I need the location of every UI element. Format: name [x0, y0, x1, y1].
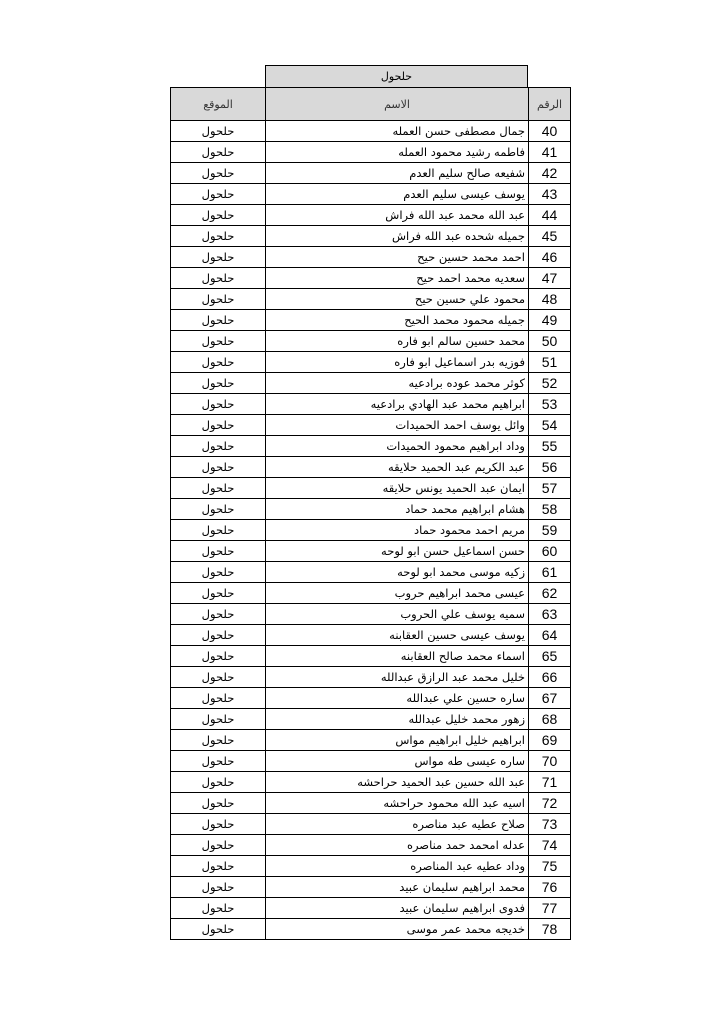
row-number-cell: 41 [529, 142, 571, 163]
row-site-cell: حلحول [171, 814, 266, 835]
row-name-cell: مريم احمد محمود حماد [266, 520, 529, 541]
column-header-site: الموقع [171, 88, 266, 121]
row-number-cell: 47 [529, 268, 571, 289]
table-body: حلحولجمال مصطفى حسن العمله40حلحولفاطمه ر… [171, 121, 571, 940]
row-number-cell: 58 [529, 499, 571, 520]
row-number-cell: 75 [529, 856, 571, 877]
row-number-cell: 42 [529, 163, 571, 184]
table-row: حلحولجميله شحده عبد الله فراش45 [171, 226, 571, 247]
row-name-cell: اسيه عبد الله محمود حراحشه [266, 793, 529, 814]
row-name-cell: جميله شحده عبد الله فراش [266, 226, 529, 247]
row-site-cell: حلحول [171, 709, 266, 730]
row-site-cell: حلحول [171, 268, 266, 289]
row-site-cell: حلحول [171, 772, 266, 793]
row-name-cell: شفيعه صالح سليم العدم [266, 163, 529, 184]
table-row: حلحولفاطمه رشيد محمود العمله41 [171, 142, 571, 163]
row-number-cell: 62 [529, 583, 571, 604]
row-number-cell: 70 [529, 751, 571, 772]
row-number-cell: 63 [529, 604, 571, 625]
row-site-cell: حلحول [171, 520, 266, 541]
table-row: حلحولمريم احمد محمود حماد59 [171, 520, 571, 541]
row-name-cell: اسماء محمد صالح العقابنه [266, 646, 529, 667]
row-site-cell: حلحول [171, 898, 266, 919]
table-header-row: الموقع الاسم الرقم [171, 88, 571, 121]
location-banner: حلحول [265, 65, 528, 87]
row-number-cell: 43 [529, 184, 571, 205]
row-number-cell: 56 [529, 457, 571, 478]
row-name-cell: محمد ابراهيم سليمان عبيد [266, 877, 529, 898]
row-number-cell: 71 [529, 772, 571, 793]
table-row: حلحولمحمد حسين سالم ابو فاره50 [171, 331, 571, 352]
row-number-cell: 72 [529, 793, 571, 814]
row-site-cell: حلحول [171, 394, 266, 415]
row-site-cell: حلحول [171, 331, 266, 352]
row-number-cell: 78 [529, 919, 571, 940]
row-number-cell: 66 [529, 667, 571, 688]
row-name-cell: وداد ابراهيم محمود الحميدات [266, 436, 529, 457]
row-site-cell: حلحول [171, 457, 266, 478]
row-name-cell: زهور محمد خليل عبدالله [266, 709, 529, 730]
row-site-cell: حلحول [171, 184, 266, 205]
row-number-cell: 45 [529, 226, 571, 247]
row-site-cell: حلحول [171, 205, 266, 226]
row-name-cell: خليل محمد عبد الرازق عبدالله [266, 667, 529, 688]
row-number-cell: 77 [529, 898, 571, 919]
row-site-cell: حلحول [171, 289, 266, 310]
row-name-cell: عدله امحمد حمد مناصره [266, 835, 529, 856]
table-row: حلحولعبد الله محمد عبد الله فراش44 [171, 205, 571, 226]
row-name-cell: يوسف عيسى سليم العدم [266, 184, 529, 205]
row-name-cell: جمال مصطفى حسن العمله [266, 121, 529, 142]
row-number-cell: 54 [529, 415, 571, 436]
row-number-cell: 55 [529, 436, 571, 457]
row-site-cell: حلحول [171, 835, 266, 856]
table-row: حلحوليوسف عيسى حسين العقابنه64 [171, 625, 571, 646]
row-site-cell: حلحول [171, 562, 266, 583]
row-name-cell: عبد الله حسين عبد الحميد حراحشه [266, 772, 529, 793]
table-row: حلحولصلاح عطيه عبد مناصره73 [171, 814, 571, 835]
column-header-number: الرقم [529, 88, 571, 121]
row-number-cell: 46 [529, 247, 571, 268]
table-row: حلحولجمال مصطفى حسن العمله40 [171, 121, 571, 142]
row-number-cell: 52 [529, 373, 571, 394]
table-row: حلحولمحمد ابراهيم سليمان عبيد76 [171, 877, 571, 898]
table-row: حلحولعدله امحمد حمد مناصره74 [171, 835, 571, 856]
table-row: حلحولفدوى ابراهيم سليمان عبيد77 [171, 898, 571, 919]
row-name-cell: يوسف عيسى حسين العقابنه [266, 625, 529, 646]
row-name-cell: فاطمه رشيد محمود العمله [266, 142, 529, 163]
table-row: حلحوليوسف عيسى سليم العدم43 [171, 184, 571, 205]
table-row: حلحولسعديه محمد احمد حيح47 [171, 268, 571, 289]
table-row: حلحولوداد ابراهيم محمود الحميدات55 [171, 436, 571, 457]
row-site-cell: حلحول [171, 688, 266, 709]
table-row: حلحولزهور محمد خليل عبدالله68 [171, 709, 571, 730]
table-row: حلحولوائل يوسف احمد الحميدات54 [171, 415, 571, 436]
table-row: حلحولمحمود علي حسين حيح48 [171, 289, 571, 310]
row-site-cell: حلحول [171, 625, 266, 646]
row-site-cell: حلحول [171, 541, 266, 562]
row-name-cell: وائل يوسف احمد الحميدات [266, 415, 529, 436]
row-number-cell: 57 [529, 478, 571, 499]
row-number-cell: 60 [529, 541, 571, 562]
row-name-cell: حسن اسماعيل حسن ابو لوحه [266, 541, 529, 562]
row-name-cell: سعديه محمد احمد حيح [266, 268, 529, 289]
row-site-cell: حلحول [171, 919, 266, 940]
row-name-cell: وداد عطيه عبد المناصره [266, 856, 529, 877]
table-row: حلحولشفيعه صالح سليم العدم42 [171, 163, 571, 184]
row-site-cell: حلحول [171, 163, 266, 184]
row-name-cell: فدوى ابراهيم سليمان عبيد [266, 898, 529, 919]
row-number-cell: 44 [529, 205, 571, 226]
row-number-cell: 73 [529, 814, 571, 835]
table-row: حلحولخليل محمد عبد الرازق عبدالله66 [171, 667, 571, 688]
row-number-cell: 67 [529, 688, 571, 709]
row-name-cell: زكيه موسى محمد ابو لوحه [266, 562, 529, 583]
row-site-cell: حلحول [171, 730, 266, 751]
row-number-cell: 68 [529, 709, 571, 730]
row-name-cell: خديجه محمد عمر موسى [266, 919, 529, 940]
row-number-cell: 61 [529, 562, 571, 583]
table-row: حلحولساره حسين علي عبدالله67 [171, 688, 571, 709]
table-row: حلحولسميه يوسف علي الحروب63 [171, 604, 571, 625]
row-site-cell: حلحول [171, 247, 266, 268]
row-number-cell: 65 [529, 646, 571, 667]
row-name-cell: جميله محمود محمد الحيح [266, 310, 529, 331]
table-row: حلحولهشام ابراهيم محمد حماد58 [171, 499, 571, 520]
row-site-cell: حلحول [171, 142, 266, 163]
row-site-cell: حلحول [171, 436, 266, 457]
row-number-cell: 51 [529, 352, 571, 373]
row-site-cell: حلحول [171, 793, 266, 814]
table-row: حلحولاسماء محمد صالح العقابنه65 [171, 646, 571, 667]
table-row: حلحولابراهيم خليل ابراهيم مواس69 [171, 730, 571, 751]
row-number-cell: 53 [529, 394, 571, 415]
table-row: حلحولعبد الله حسين عبد الحميد حراحشه71 [171, 772, 571, 793]
row-site-cell: حلحول [171, 856, 266, 877]
table-row: حلحولوداد عطيه عبد المناصره75 [171, 856, 571, 877]
table-row: حلحولجميله محمود محمد الحيح49 [171, 310, 571, 331]
table-row: حلحولحسن اسماعيل حسن ابو لوحه60 [171, 541, 571, 562]
row-name-cell: فوزيه بدر اسماعيل ابو فاره [266, 352, 529, 373]
row-name-cell: ساره عيسى طه مواس [266, 751, 529, 772]
row-name-cell: احمد محمد حسين حيح [266, 247, 529, 268]
row-number-cell: 40 [529, 121, 571, 142]
table-row: حلحولاسيه عبد الله محمود حراحشه72 [171, 793, 571, 814]
row-name-cell: عيسى محمد ابراهيم حروب [266, 583, 529, 604]
table-row: حلحولخديجه محمد عمر موسى78 [171, 919, 571, 940]
table-row: حلحولكوثر محمد عوده برادعيه52 [171, 373, 571, 394]
row-site-cell: حلحول [171, 415, 266, 436]
table-row: حلحولساره عيسى طه مواس70 [171, 751, 571, 772]
row-number-cell: 74 [529, 835, 571, 856]
table-row: حلحولزكيه موسى محمد ابو لوحه61 [171, 562, 571, 583]
table-row: حلحولابراهيم محمد عبد الهادي برادعيه53 [171, 394, 571, 415]
row-site-cell: حلحول [171, 583, 266, 604]
row-number-cell: 69 [529, 730, 571, 751]
row-site-cell: حلحول [171, 646, 266, 667]
row-name-cell: كوثر محمد عوده برادعيه [266, 373, 529, 394]
row-site-cell: حلحول [171, 352, 266, 373]
row-name-cell: محمد حسين سالم ابو فاره [266, 331, 529, 352]
row-site-cell: حلحول [171, 478, 266, 499]
row-name-cell: ايمان عبد الحميد يونس حلايقه [266, 478, 529, 499]
row-name-cell: ابراهيم محمد عبد الهادي برادعيه [266, 394, 529, 415]
row-site-cell: حلحول [171, 121, 266, 142]
row-site-cell: حلحول [171, 373, 266, 394]
row-site-cell: حلحول [171, 751, 266, 772]
row-site-cell: حلحول [171, 667, 266, 688]
row-site-cell: حلحول [171, 310, 266, 331]
row-number-cell: 49 [529, 310, 571, 331]
table-row: حلحولاحمد محمد حسين حيح46 [171, 247, 571, 268]
row-name-cell: ساره حسين علي عبدالله [266, 688, 529, 709]
row-name-cell: صلاح عطيه عبد مناصره [266, 814, 529, 835]
row-number-cell: 64 [529, 625, 571, 646]
row-site-cell: حلحول [171, 226, 266, 247]
row-name-cell: عبد الكريم عبد الحميد حلايقه [266, 457, 529, 478]
table-row: حلحولفوزيه بدر اسماعيل ابو فاره51 [171, 352, 571, 373]
row-site-cell: حلحول [171, 877, 266, 898]
row-name-cell: سميه يوسف علي الحروب [266, 604, 529, 625]
row-name-cell: محمود علي حسين حيح [266, 289, 529, 310]
table-row: حلحولعبد الكريم عبد الحميد حلايقه56 [171, 457, 571, 478]
row-number-cell: 59 [529, 520, 571, 541]
table-row: حلحولعيسى محمد ابراهيم حروب62 [171, 583, 571, 604]
row-number-cell: 76 [529, 877, 571, 898]
row-site-cell: حلحول [171, 604, 266, 625]
row-site-cell: حلحول [171, 499, 266, 520]
row-number-cell: 48 [529, 289, 571, 310]
row-name-cell: ابراهيم خليل ابراهيم مواس [266, 730, 529, 751]
row-number-cell: 50 [529, 331, 571, 352]
beneficiaries-table: الموقع الاسم الرقم حلحولجمال مصطفى حسن ا… [170, 87, 571, 940]
row-name-cell: هشام ابراهيم محمد حماد [266, 499, 529, 520]
column-header-name: الاسم [266, 88, 529, 121]
row-name-cell: عبد الله محمد عبد الله فراش [266, 205, 529, 226]
table-row: حلحولايمان عبد الحميد يونس حلايقه57 [171, 478, 571, 499]
